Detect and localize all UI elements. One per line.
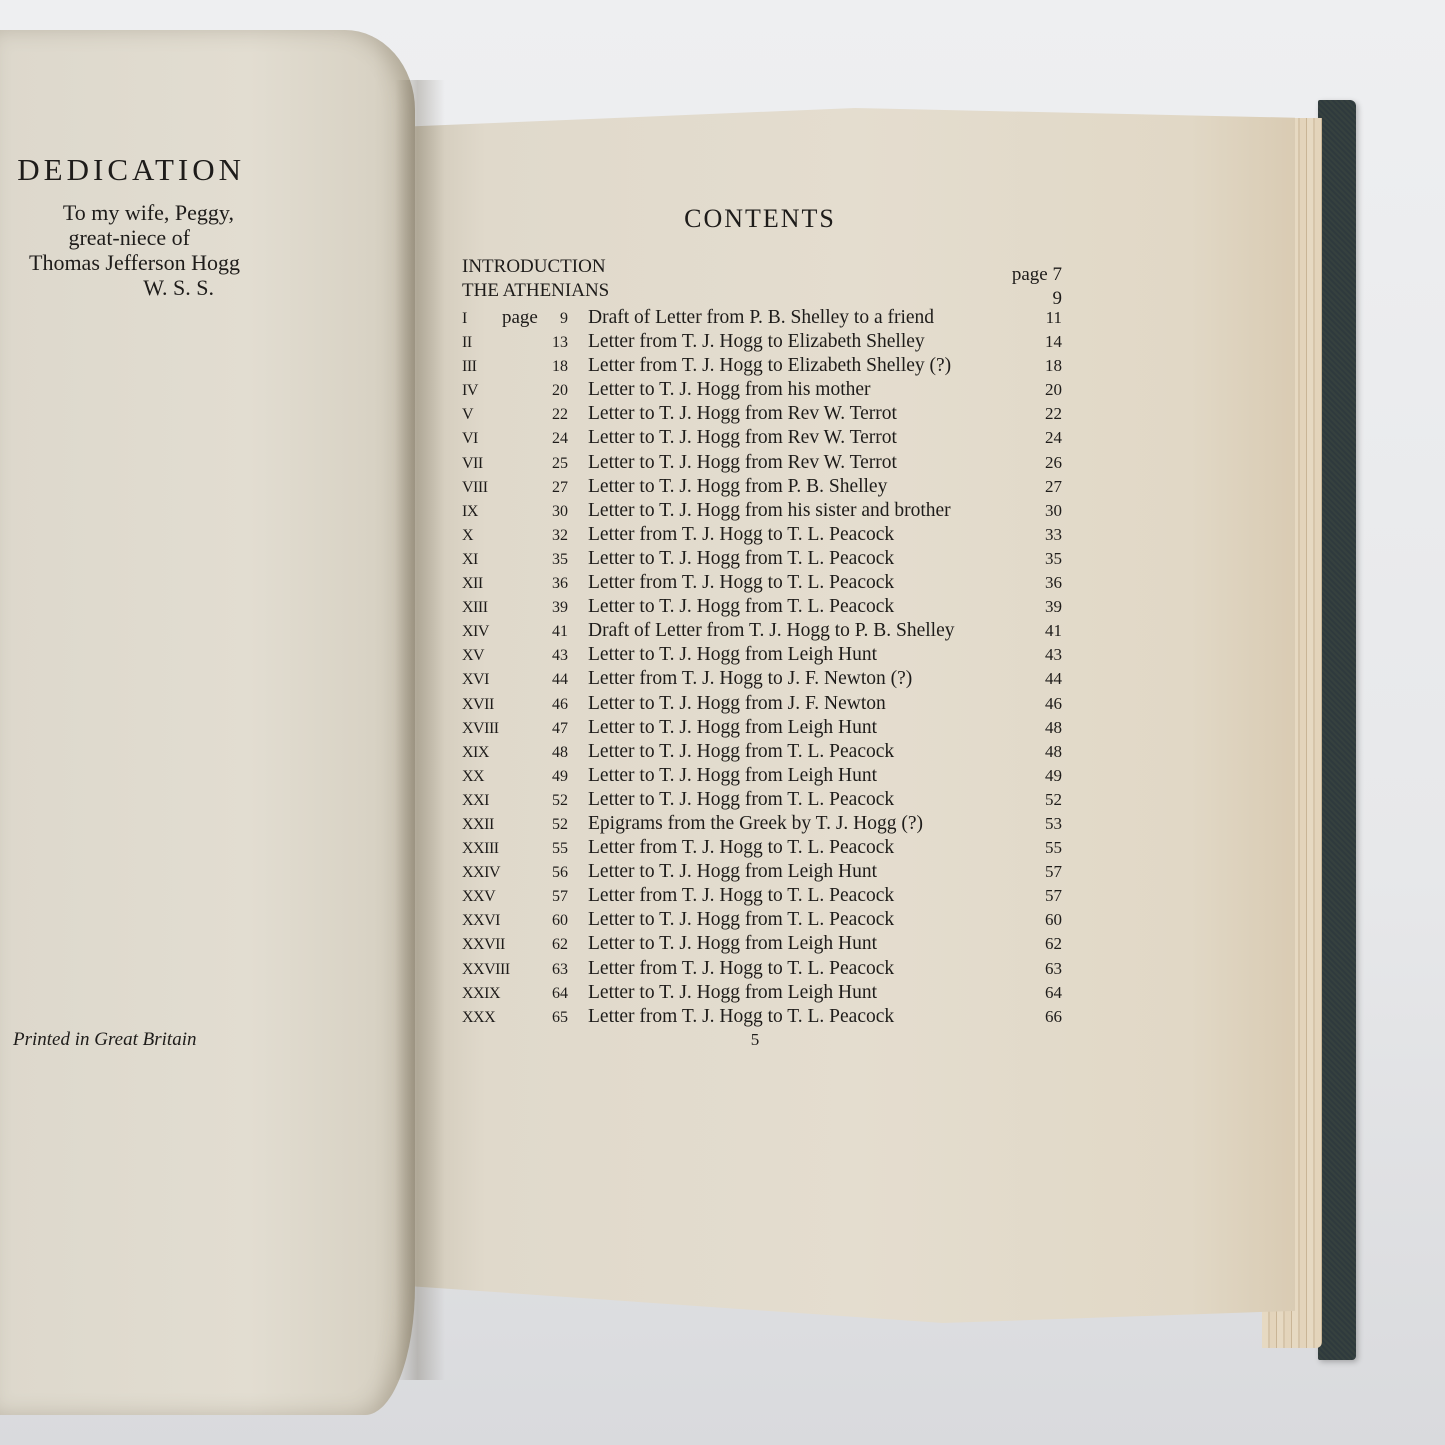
contents-entry: XXIV56Letter to T. J. Hogg from Leigh Hu… [462,861,1062,885]
entry-end-page: 57 [1022,886,1062,906]
entry-start-page: 52 [542,816,588,834]
entry-start-page: 30 [542,503,588,521]
entry-title: Draft of Letter from P. B. Shelley to a … [588,307,1022,329]
book-cover-board [1318,100,1356,1360]
entry-start-page: 22 [542,406,588,424]
entry-numeral: II [462,334,502,352]
entry-start-page: 13 [542,334,588,352]
contents-entry: X32Letter from T. J. Hogg to T. L. Peaco… [462,524,1062,548]
imprint-text: Printed in Great Britain [13,1029,196,1051]
dedication-line: To my wife, Peggy, [0,200,240,225]
contents-entry: XXVIII63Letter from T. J. Hogg to T. L. … [462,958,1062,982]
entry-numeral: IX [462,503,502,521]
entry-start-page: 56 [542,864,588,882]
entry-title: Letter to T. J. Hogg from T. L. Peacock [588,596,1022,618]
entry-numeral: XI [462,551,502,569]
entry-start-page: 20 [542,382,588,400]
entry-start-page: 27 [542,479,588,497]
entry-numeral: XX [462,768,502,786]
entry-numeral: I [462,310,502,328]
entry-title: Letter to T. J. Hogg from T. L. Peacock [588,909,1022,931]
contents-entry: XXVII62Letter to T. J. Hogg from Leigh H… [462,933,1062,957]
entry-numeral: XVI [462,671,502,689]
entry-title: Letter from T. J. Hogg to T. L. Peacock [588,524,1022,546]
dedication-line: great-niece of [0,225,240,250]
entry-end-page: 66 [1022,1007,1062,1027]
entry-numeral: XXVI [462,912,502,930]
entry-title: Letter from T. J. Hogg to Elizabeth Shel… [588,355,1022,377]
entry-start-page: 65 [542,1009,588,1027]
entry-title: Letter to T. J. Hogg from Rev W. Terrot [588,452,1022,474]
entry-title: Letter to T. J. Hogg from Leigh Hunt [588,644,1022,666]
entry-end-page: 26 [1022,453,1062,473]
entry-numeral: XXIX [462,985,502,1003]
entry-title: Letter from T. J. Hogg to T. L. Peacock [588,1006,1022,1028]
entry-end-page: 55 [1022,838,1062,858]
entry-end-page: 35 [1022,549,1062,569]
entry-start-page: 9 [542,310,588,328]
contents-entry: XVII46Letter to T. J. Hogg from J. F. Ne… [462,693,1062,717]
entry-end-page: 60 [1022,910,1062,930]
entry-end-page: 57 [1022,862,1062,882]
entry-end-page: 43 [1022,645,1062,665]
entry-end-page: 20 [1022,380,1062,400]
contents-entry: Ipage9Draft of Letter from P. B. Shelley… [462,307,1062,331]
entry-end-page: 48 [1022,742,1062,762]
entry-start-page: 63 [542,961,588,979]
entry-numeral: XXVIII [462,961,502,979]
entry-title: Letter to T. J. Hogg from P. B. Shelley [588,476,1022,498]
entry-start-page: 47 [542,720,588,738]
contents-entry: VIII27Letter to T. J. Hogg from P. B. Sh… [462,476,1062,500]
entry-title: Letter to T. J. Hogg from T. L. Peacock [588,548,1022,570]
entry-numeral: III [462,358,502,376]
entry-numeral: VI [462,430,502,448]
entry-end-page: 36 [1022,573,1062,593]
entry-end-page: 33 [1022,525,1062,545]
entry-title: Letter from T. J. Hogg to J. F. Newton (… [588,668,1022,690]
page-number: 5 [740,1030,770,1050]
dedication-line: Thomas Jefferson Hogg [0,250,240,275]
entry-numeral: XXIV [462,864,502,882]
entry-numeral: XV [462,647,502,665]
entry-start-page: 39 [542,599,588,617]
entry-start-page: 49 [542,768,588,786]
entry-numeral: XXIII [462,840,502,858]
entry-title: Letter to T. J. Hogg from Rev W. Terrot [588,427,1022,449]
contents-entry: XIX48Letter to T. J. Hogg from T. L. Pea… [462,741,1062,765]
entry-end-page: 11 [1022,308,1062,328]
entry-end-page: 44 [1022,669,1062,689]
entry-end-page: 14 [1022,332,1062,352]
entry-numeral: XXVII [462,936,502,954]
entry-start-page: 35 [542,551,588,569]
entry-end-page: 39 [1022,597,1062,617]
entry-title: Letter from T. J. Hogg to T. L. Peacock [588,572,1022,594]
entry-title: Letter from T. J. Hogg to T. L. Peacock [588,885,1022,907]
entry-numeral: VII [462,455,502,473]
entry-title: Letter to T. J. Hogg from Rev W. Terrot [588,403,1022,425]
entry-start-page: 25 [542,455,588,473]
dedication-heading: DEDICATION [0,152,245,188]
contents-entry: III18Letter from T. J. Hogg to Elizabeth… [462,355,1062,379]
entry-end-page: 49 [1022,766,1062,786]
entry-start-page: 57 [542,888,588,906]
contents-entry: XXII52Epigrams from the Greek by T. J. H… [462,813,1062,837]
contents-entry: II13Letter from T. J. Hogg to Elizabeth … [462,331,1062,355]
entry-start-page: 46 [542,696,588,714]
entry-title: Letter to T. J. Hogg from Leigh Hunt [588,982,1022,1004]
contents-entry: XIII39Letter to T. J. Hogg from T. L. Pe… [462,596,1062,620]
entry-title: Letter from T. J. Hogg to Elizabeth Shel… [588,331,1022,353]
entry-title: Letter from T. J. Hogg to T. L. Peacock [588,837,1022,859]
entry-numeral: XXV [462,888,502,906]
contents-entry: XV43Letter to T. J. Hogg from Leigh Hunt… [462,644,1062,668]
entry-numeral: VIII [462,479,502,497]
entry-end-page: 64 [1022,983,1062,1003]
entry-title: Letter to T. J. Hogg from J. F. Newton [588,693,1022,715]
contents-entry: VII25Letter to T. J. Hogg from Rev W. Te… [462,452,1062,476]
entry-title: Letter to T. J. Hogg from Leigh Hunt [588,717,1022,739]
entry-numeral: XII [462,575,502,593]
entry-numeral: XIX [462,744,502,762]
contents-entry: XX49Letter to T. J. Hogg from Leigh Hunt… [462,765,1062,789]
entry-end-page: 53 [1022,814,1062,834]
entry-start-page: 48 [542,744,588,762]
entry-end-page: 41 [1022,621,1062,641]
contents-entry: XXIII55Letter from T. J. Hogg to T. L. P… [462,837,1062,861]
section-page: 9 [1053,280,1063,310]
entry-start-page: 43 [542,647,588,665]
entry-title: Letter to T. J. Hogg from Leigh Hunt [588,861,1022,883]
contents-entry: IV20Letter to T. J. Hogg from his mother… [462,379,1062,403]
entry-title: Letter to T. J. Hogg from T. L. Peacock [588,789,1022,811]
section-row-athenians: THE ATHENIANS 9 [462,280,1062,310]
dedication-signature: W. S. S. [0,275,240,300]
entry-title: Letter to T. J. Hogg from Leigh Hunt [588,765,1022,787]
contents-entry: XVIII47Letter to T. J. Hogg from Leigh H… [462,717,1062,741]
entry-end-page: 24 [1022,428,1062,448]
contents-heading: CONTENTS [440,204,1080,234]
contents-entry: XXX65Letter from T. J. Hogg to T. L. Pea… [462,1006,1062,1030]
entry-title: Epigrams from the Greek by T. J. Hogg (?… [588,813,1022,835]
entry-start-page: 60 [542,912,588,930]
entry-numeral: XXI [462,792,502,810]
contents-entry: XI35Letter to T. J. Hogg from T. L. Peac… [462,548,1062,572]
contents-list: Ipage9Draft of Letter from P. B. Shelley… [462,307,1062,1030]
entry-start-page: 44 [542,671,588,689]
entry-title: Letter to T. J. Hogg from T. L. Peacock [588,741,1022,763]
entry-title: Letter to T. J. Hogg from Leigh Hunt [588,933,1022,955]
entry-start-page: 64 [542,985,588,1003]
contents-entry: IX30Letter to T. J. Hogg from his sister… [462,500,1062,524]
entry-numeral: V [462,406,502,424]
entry-end-page: 48 [1022,718,1062,738]
entry-end-page: 52 [1022,790,1062,810]
entry-numeral: XIV [462,623,502,641]
entry-start-page: 41 [542,623,588,641]
contents-entry: XIV41Draft of Letter from T. J. Hogg to … [462,620,1062,644]
entry-start-page: 62 [542,936,588,954]
entry-title: Letter from T. J. Hogg to T. L. Peacock [588,958,1022,980]
entry-end-page: 22 [1022,404,1062,424]
entry-numeral: XIII [462,599,502,617]
dedication-text: To my wife, Peggy, great-niece of Thomas… [0,200,240,300]
entry-start-page: 24 [542,430,588,448]
entry-start-page: 52 [542,792,588,810]
contents-entry: XXV57Letter from T. J. Hogg to T. L. Pea… [462,885,1062,909]
entry-start-page: 32 [542,527,588,545]
section-label: THE ATHENIANS [462,280,609,310]
contents-entry: V22Letter to T. J. Hogg from Rev W. Terr… [462,403,1062,427]
contents-entry: VI24Letter to T. J. Hogg from Rev W. Ter… [462,427,1062,451]
entry-start-page: 18 [542,358,588,376]
entry-end-page: 27 [1022,477,1062,497]
entry-end-page: 30 [1022,501,1062,521]
entry-numeral: XXII [462,816,502,834]
contents-entry: XVI44Letter from T. J. Hogg to J. F. New… [462,668,1062,692]
contents-entry: XXI52Letter to T. J. Hogg from T. L. Pea… [462,789,1062,813]
entry-end-page: 46 [1022,694,1062,714]
entry-numeral: IV [462,382,502,400]
entry-end-page: 62 [1022,934,1062,954]
contents-entry: XXIX64Letter to T. J. Hogg from Leigh Hu… [462,982,1062,1006]
entry-end-page: 18 [1022,356,1062,376]
entry-numeral: XXX [462,1009,502,1027]
entry-end-page: 63 [1022,959,1062,979]
contents-entry: XII36Letter from T. J. Hogg to T. L. Pea… [462,572,1062,596]
entry-start-page: 36 [542,575,588,593]
entry-title: Letter to T. J. Hogg from his mother [588,379,1022,401]
entry-title: Draft of Letter from T. J. Hogg to P. B.… [588,620,1022,642]
entry-numeral: XVII [462,696,502,714]
entry-start-page: 55 [542,840,588,858]
entry-title: Letter to T. J. Hogg from his sister and… [588,500,1022,522]
contents-entry: XXVI60Letter to T. J. Hogg from T. L. Pe… [462,909,1062,933]
entry-numeral: X [462,527,502,545]
entry-numeral: XVIII [462,720,502,738]
entry-page-label: page [502,307,542,329]
